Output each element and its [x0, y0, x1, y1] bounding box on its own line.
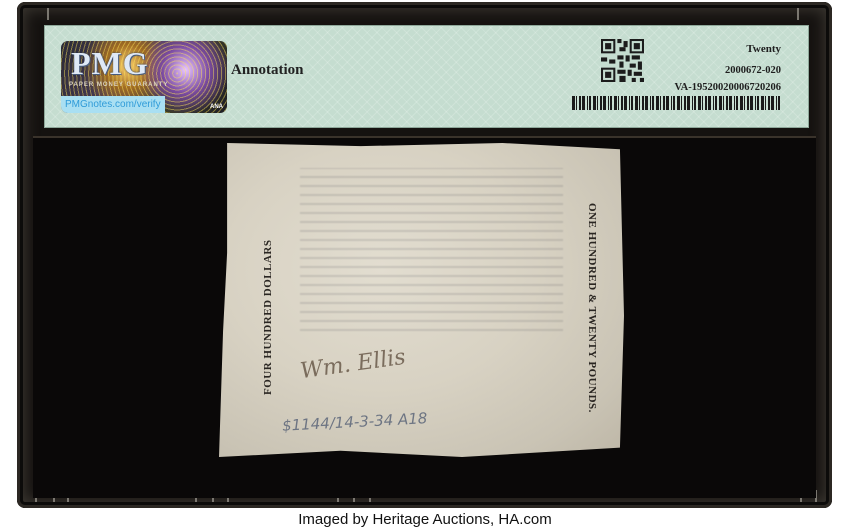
note-left-text: FOUR HUNDRED DOLLARS — [262, 240, 274, 395]
barcode-icon — [572, 96, 780, 110]
serial-number: 2000672-020 — [725, 65, 781, 76]
image-credit: Imaged by Heritage Auctions, HA.com — [0, 511, 850, 528]
pmg-hologram: PMG PAPER MONEY GUARANTY PMGnotes.com/ve… — [61, 41, 227, 113]
cert-code: VA-19520020006720206 — [674, 82, 781, 93]
ana-badge: ANA — [210, 104, 223, 110]
pmg-logo: PMG — [71, 45, 149, 82]
note-right-text: ONE HUNDRED & TWENTY POUNDS. — [586, 203, 598, 413]
grading-label: PMG PAPER MONEY GUARANTY PMGnotes.com/ve… — [44, 25, 809, 128]
show-through-print — [300, 168, 563, 331]
pmg-subtitle: PAPER MONEY GUARANTY — [69, 82, 168, 88]
qr-code-icon — [601, 39, 644, 82]
annotation-label: Annotation — [231, 62, 304, 79]
denomination: Twenty — [746, 43, 781, 55]
verify-url[interactable]: PMGnotes.com/verify — [61, 96, 165, 113]
